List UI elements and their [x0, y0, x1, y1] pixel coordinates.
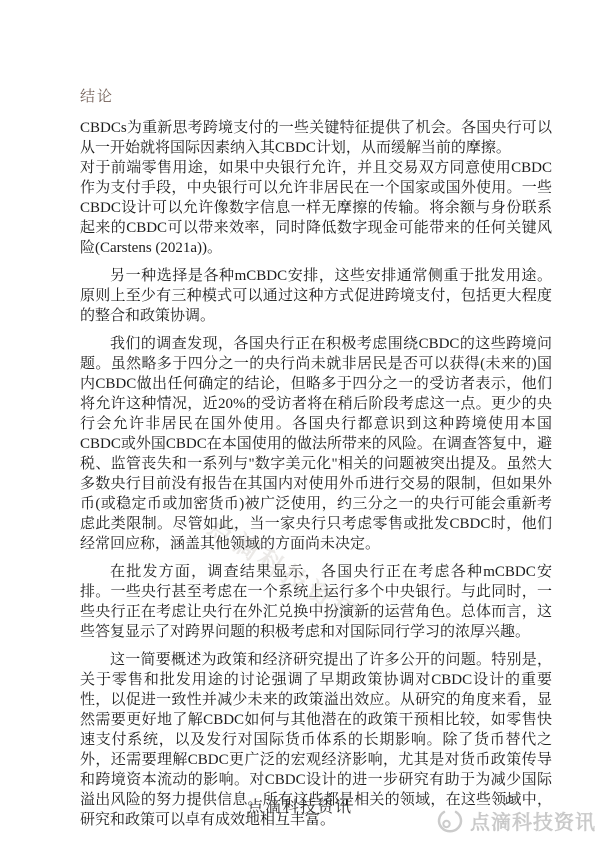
- corner-watermark: 点滴科技资讯: [435, 806, 596, 835]
- body-paragraph: 对于前端零售用途，如果中央银行允许，并且交易双方同意使用CBDC作为支付手段，中…: [80, 158, 552, 258]
- section-heading: 结论: [80, 85, 114, 106]
- corner-watermark-text: 点滴科技资讯: [470, 806, 596, 835]
- body-paragraph: 我们的调查发现，各国央行正在积极考虑围绕CBDC的这些跨境问题。虽然略多于四分之…: [80, 334, 552, 554]
- body-paragraph: CBDCs为重新思考跨境支付的一些关键特征提供了机会。各国央行可以从一开始就将国…: [80, 118, 552, 158]
- body-paragraph: 另一种选择是各种mCBDC安排，这些安排通常侧重于批发用途。原则上至少有三种模式…: [80, 266, 552, 326]
- droplet-logo-icon: [435, 808, 465, 834]
- body-text: CBDCs为重新思考跨境支付的一些关键特征提供了机会。各国央行可以从一开始就将国…: [80, 118, 552, 830]
- document-page: 结论 CBDCs为重新思考跨境支付的一些关键特征提供了机会。各国央行可以从一开始…: [0, 0, 600, 849]
- body-paragraph: 在批发方面，调查结果显示，各国央行正在考虑各种mCBDC安排。一些央行甚至考虑在…: [80, 562, 552, 642]
